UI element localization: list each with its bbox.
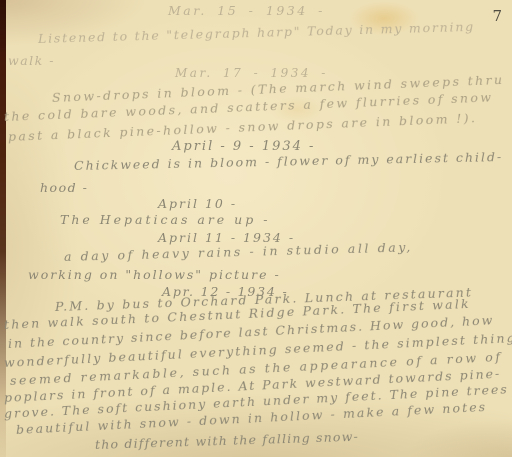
handwritten-line: walk - — [8, 53, 55, 68]
handwritten-line: The Hepaticas are up - — [60, 212, 270, 227]
handwritten-line: Listened to the "telegraph harp" Today i… — [38, 19, 475, 46]
entry-date-mar-15: Mar. 15 - 1934 - — [168, 3, 325, 18]
handwritten-line: Chickweed is in bloom - flower of my ear… — [74, 149, 503, 173]
journal-scan: 7 Mar. 15 - 1934 - Listened to the "tele… — [0, 0, 512, 457]
entry-date-april-10: April 10 - — [158, 196, 237, 211]
entry-date-april-9: April - 9 - 1934 - — [172, 139, 315, 154]
paper-background: 7 Mar. 15 - 1934 - Listened to the "tele… — [0, 0, 512, 457]
book-binding-edge — [0, 0, 6, 457]
handwritten-line: hood - — [40, 180, 88, 195]
handwritten-line: tho different with the falling snow- — [95, 429, 359, 452]
page-number: 7 — [492, 7, 503, 25]
handwritten-line: working on "hollows" picture - — [28, 267, 281, 282]
entry-date-mar-17: Mar. 17 - 1934 - — [175, 66, 328, 80]
